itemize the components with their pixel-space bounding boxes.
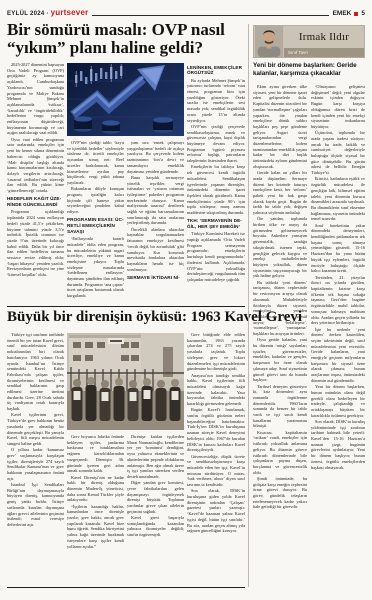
author-portrait (254, 26, 284, 57)
body-paragraph: Oysa geride kalanlar, yani bu düzenin ‘a… (253, 337, 307, 383)
body-paragraph: Tarihsel deneyim gösteriyor ki, kriz dön… (253, 384, 307, 430)
ovp-column-1: 2025-2027 dönemini kapsayan Orta Vadeli … (7, 62, 64, 303)
body-paragraph: Diğer yandan grev komitesi, çevre fabrik… (127, 480, 184, 514)
body-paragraph: ‘Enflasyonla kararlı mücadele’ iddia ede… (67, 236, 124, 299)
sidebar-column-2: ‘Olmayanın gelişmesi değişimsel’ değil; … (311, 84, 365, 585)
author-column-tag: Sınıf Tavrı (284, 48, 364, 57)
masthead: EYLÜL 2024 · yurtsever EMEK 5 (7, 7, 365, 17)
body-paragraph: Son olarak, DİSK’in kuruluş yıldönümünde… (311, 419, 365, 470)
subheading: HEDEFLER KAĞIT ÜZE­RİNDE GÜNCELLENDİ (7, 196, 64, 207)
body-paragraph: Grev bittiğinde elde edilen kazanımlar, … (187, 332, 245, 372)
ovp-column-2: OVP’nin çizdiği tablo ‘kayıt ve içtenlik… (67, 140, 124, 303)
body-paragraph: yanı sıra ‘esnek çalışmayı yaygınlaştırm… (127, 140, 184, 174)
market-chart-svg (67, 63, 184, 136)
body-paragraph: Bugün Kavel’i hatırlamak, sınıfın örgütl… (187, 407, 245, 453)
body-paragraph: “İşçilerin kazandığı haklar, kanunlardan… (67, 504, 124, 550)
body-paragraph: Sınıf hareketinin yakın dönemdeki deneyi… (311, 223, 365, 274)
kavel-photo-svg (67, 333, 184, 430)
body-paragraph: Programın açıklandığı toplantıda 2024 so… (7, 209, 64, 277)
kavel-column-2: Grev boyunca fabrika önünde bekleyen işç… (67, 434, 124, 585)
body-paragraph: Üçüncüsü, toplumda bir arada yaşam irade… (311, 130, 365, 176)
kavel-bottom-rule (7, 587, 245, 588)
ovp-column-4: LENİNKEN, EMEKÇİLER ÖRGÜTSÜZBu aylarda M… (187, 62, 245, 303)
body-paragraph: Türkiye Komünist Hareketi ise yaptığı aç… (187, 231, 245, 282)
body-paragraph: Tersinden, 21. yüzyılın ikinci on yılınd… (311, 275, 365, 326)
body-paragraph: Bu aylarda Mehmet Şimşek’in yatırımcı tu… (187, 78, 245, 124)
body-paragraph: Buna karşılık sermayeye yönelik teşvikle… (127, 175, 184, 226)
body-paragraph: Türkiye işçi sınıfının tarihinde önemli … (7, 332, 64, 412)
subheading: TKH: ‘SERMAYENİN DE­ĞİL, HER ŞEY EMEĞİN’ (187, 218, 245, 229)
red-square-icon (354, 12, 358, 16)
ovp-headline: Bir sömürü masalı: OVP nasıl “yıkım” pla… (7, 21, 245, 57)
body-paragraph: Oysa vaat edilen programın satır araları… (7, 137, 64, 194)
body-paragraph: Grev boyunca fabrika önünde bekleyen işç… (67, 434, 124, 474)
body-paragraph: İstanbul İşçi Sendikaları Birliği’nin da… (7, 482, 64, 528)
author-box-right: Irmak Ildır Sınıf Tavrı (284, 26, 364, 57)
body-paragraph: Kavel grevi başarıyla sonuçlandığında ka… (127, 515, 184, 538)
author-name: Irmak Ildır (284, 26, 364, 48)
sidebar-column-1: Ekim ayına girerken ülke siyaseti, yeni … (253, 84, 307, 585)
kavel-headline: Büyük bir direnişin öyküsü: 1963 Kavel G… (7, 310, 247, 326)
masthead-rule (92, 15, 328, 16)
body-paragraph: Direnişe katılan işçilerden Murat Narman… (127, 434, 184, 480)
kavel-column-1: Türkiye işçi sınıfının tarihinde önemli … (7, 332, 64, 585)
kavel-headline-prefix: Büyük bir direnişin öyküsü: (7, 309, 191, 325)
body-paragraph: Öncelikli alanlara aktarılan kaynaklar s… (127, 227, 184, 273)
section-label: EMEK (333, 10, 352, 17)
body-paragraph: Öte yandan, toplumda biriken öfke ve ara… (253, 216, 307, 279)
body-paragraph: Kavel Direnişi’nin ne kadar haklı bir di… (67, 475, 124, 504)
body-paragraph: Şimdi önümüzde, bu gidişata karşı emeğin… (253, 476, 307, 510)
body-paragraph: Anayasa’nın tanıdığı sendika hakkı, Kave… (187, 373, 245, 407)
body-paragraph: OVP’nin çizdiği çerçevede sendikasızlaşt… (187, 124, 245, 164)
body-paragraph: Emekçilerin bu tabloya karşı tek güvence… (187, 164, 245, 215)
body-paragraph: Ekim ayına girerken ülke siyaseti, yeni … (253, 84, 307, 170)
kavel-column-3: Direnişe katılan işçilerden Murat Narman… (127, 434, 184, 585)
ovp-column-3: yanı sıra ‘esnek çalışmayı yaygınlaştırm… (127, 140, 184, 303)
body-paragraph: Bu tabloda ‘yeni dönem’ tartışması, düze… (253, 280, 307, 337)
subheading: PROGRAMIN ESASI: ÜC­RETLİ EMEKÇİLERİN SA… (67, 217, 124, 234)
sidebar-divider-rule (248, 24, 249, 587)
body-paragraph: Son olarak, DİSK’in kuruluşuna giden yol… (187, 488, 245, 534)
kavel-workers-gate-photo (67, 333, 184, 430)
body-paragraph: Güvencesizliğe, düşük ücrete ve sendikas… (187, 454, 245, 488)
body-paragraph: OVP’nin çizdiği tablo ‘kayıt ve içtenlik… (67, 140, 124, 186)
page-number: 5 (361, 10, 365, 17)
body-paragraph: O yıllara kadar ‘kanunsuz grev’ suçlamas… (7, 447, 64, 481)
body-paragraph: ‘Olmayanın gelişmesi değişimsel’ değil; … (311, 84, 365, 130)
author-box: Irmak Ildır Sınıf Tavrı (253, 25, 365, 58)
issue-date: EYLÜL 2024 (7, 11, 45, 17)
body-paragraph: Kısacası, kapitalizmin ‘istikrar’ vaadi,… (253, 430, 307, 476)
rising-arrow-market-chart (67, 63, 184, 136)
masthead-separator: · (47, 11, 49, 17)
subheading: SERMAYE İKTİDARI Nİ- (127, 275, 184, 281)
body-paragraph: İkincisi, kadınların eşitlik ve özgürlük… (311, 176, 365, 222)
body-paragraph: İşte bu nedenle ‘yeni dönem’ derken kast… (311, 327, 365, 384)
ovp-headline-prefix: Bir sömürü masalı: (7, 20, 152, 39)
body-paragraph: Geride kalan on yılları bir arada düşüne… (253, 170, 307, 216)
body-paragraph: Yeni bir dönem başlarken, bunun mümkün o… (311, 384, 365, 418)
body-paragraph: Kavel işçilerinin grevi, Türkiye’de grev… (7, 412, 64, 446)
newspaper-page: EYLÜL 2024 · yurtsever EMEK 5 Bir sömürü… (0, 0, 372, 600)
kavel-column-4: Grev bittiğinde elde edilen kazanımlar, … (187, 332, 245, 585)
brand-logo: yurtsever (51, 8, 89, 17)
subheading: LENİNKEN, EMEKÇİLER ÖRGÜTSÜZ (187, 65, 245, 76)
body-paragraph: 2025-2027 dönemini kapsayan Orta Vadeli … (7, 62, 64, 136)
body-paragraph: Rakamların diliyle konuşan program, işsi… (67, 186, 124, 215)
sidebar-heading: Yeni bir döneme başlarken: Geride kalanl… (253, 62, 365, 79)
kavel-top-rule (7, 306, 245, 307)
